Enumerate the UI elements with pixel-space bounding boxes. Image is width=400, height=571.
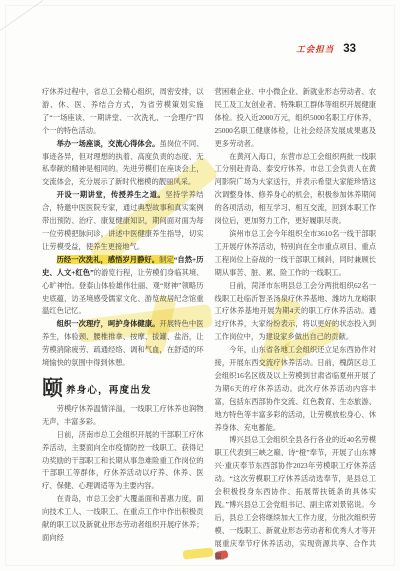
text-segment: 日前，济南市总工会组织开展的干部职工疗休养活动，主要面向全市疫情防控一线职工、获… [42, 430, 204, 491]
text-segment: 博兴县总工会组织全县各行各业的近40名劳模职工代表到三峡之巅、诗“橙”奉节，开展… [215, 435, 377, 560]
paragraph: 组织一次理疗，呵护身体健康。开展特色中医养生，体验颈、腰椎推拿、按摩、拔罐、盐浴… [42, 318, 204, 370]
paragraph: 日前，菏泽市东明县总工会分两批组织62名一线职工赴临沂智圣汤泉疗休养基地、潍坊九… [215, 280, 377, 345]
text-segment: 劳模疗休养温情洋溢，一线职工疗休养也润物无声，丰富多彩。 [42, 404, 204, 426]
text-segment: 在黄河入海口，东营市总工会组织两批一线职工分别赴青岛、泰安疗休养。市总工会负责人… [215, 152, 377, 226]
paragraph: 历经一次洗礼，感悟岁月静好。制定“自然+历史、人文+红色”的游览行程，让劳模们身… [42, 254, 204, 319]
text-column-left: 疗休养过程中，省总工会精心组织，周密安排，以游、休、医、养结合方式，为省劳模策划… [42, 86, 204, 564]
paragraph: 举办一场座谈，交流心得体会。虽岗位不同、事迹各异，但对理想的执着、高度负责的态度… [42, 138, 204, 190]
article-body: 疗休养过程中，省总工会精心组织，周密安排，以游、休、医、养结合方式，为省劳模策划… [42, 86, 376, 564]
text-segment: 组织一次理疗，呵护身体健康。 [57, 319, 160, 328]
text-segment: 营困难企业、中小微企业、新就业形态劳动者、农民工及工友创业者、特殊职工群体等组织… [215, 87, 377, 148]
text-segment: 滨州市总工会今年组织全市3610名一线干部职工开展疗休养活动，特别向在全市重点项… [215, 229, 377, 277]
paragraph: 开设一期讲堂，传授养生之道。坚持学养结合，特邀中医医院专家，通过典型故事和真实案… [42, 189, 204, 254]
paragraph: 博兴县总工会组织全县各行各业的近40名劳模职工代表到三峡之巅、诗“橙”奉节，开展… [215, 434, 377, 563]
page-number: 33 [343, 43, 356, 55]
text-column-right: 营困难企业、中小微企业、新就业形态劳动者、农民工及工友创业者、特殊职工群体等组织… [215, 86, 377, 564]
paragraph: 在青岛，市总工会扩大覆盖面和普惠力度，面向技术工人、一线职工、在重点工作中作出积… [42, 493, 204, 545]
paragraph: 滨州市总工会今年组织全市3610名一线干部职工开展疗休养活动，特别向在全市重点项… [215, 228, 377, 280]
heading-text: 养身心，再度出发 [66, 378, 152, 396]
text-segment: 坚持学养结合，特邀中医医院专家，通过典型故事和真实案例带出预防、治疗、康复健康知… [42, 190, 204, 251]
text-segment: 今年，山东省各地工会组织还立足东西协作对接，开展东西交流疗休养活动。日前，槐荫区… [215, 345, 377, 431]
magazine-page: 工会担当 33 疗休养过程中，省总工会精心组织，周密安排，以游、休、医、养结合方… [0, 0, 400, 571]
text-segment: 疗休养过程中，省总工会精心组织，周密安排，以游、休、医、养结合方式，为省劳模策划… [42, 87, 204, 135]
heading-drop-cap: 颐 [42, 378, 63, 398]
section-label: 工会担当 [296, 43, 334, 55]
paragraph: 日前，济南市总工会组织开展的干部职工疗休养活动，主要面向全市疫情防控一线职工、获… [42, 429, 204, 494]
scan-fold-mark [0, 0, 43, 33]
paragraph: 在黄河入海口，东营市总工会组织两批一线职工分别赴青岛、泰安疗休养。市总工会负责人… [215, 151, 377, 228]
text-segment: 开设一期讲堂，传授养生之道。 [57, 190, 166, 199]
text-segment: 日前，菏泽市东明县总工会分两批组织62名一线职工赴临沂智圣汤泉疗休养基地、潍坊九… [215, 281, 377, 342]
paragraph: 今年，山东省各地工会组织还立足东西协作对接，开展东西交流疗休养活动。日前，槐荫区… [215, 344, 377, 434]
text-segment: 制定 [159, 255, 174, 264]
text-segment: 在青岛，市总工会扩大覆盖面和普惠力度，面向技术工人、一线职工、在重点工作中作出积… [42, 494, 204, 542]
text-segment: 历经一次洗礼，感悟岁月静好。 [57, 255, 159, 264]
paragraph: 劳模疗休养温情洋溢，一线职工疗休养也润物无声，丰富多彩。 [42, 403, 204, 429]
running-head: 工会担当 33 [296, 43, 356, 55]
paragraph: 疗休养过程中，省总工会精心组织，周密安排，以游、休、医、养结合方式，为省劳模策划… [42, 86, 204, 138]
paragraph: 营困难企业、中小微企业、新就业形态劳动者、农民工及工友创业者、特殊职工群体等组织… [215, 86, 377, 151]
text-segment: 举办一场座谈，交流心得体会。 [57, 139, 160, 148]
section-heading: 颐养身心，再度出发 [42, 378, 204, 398]
